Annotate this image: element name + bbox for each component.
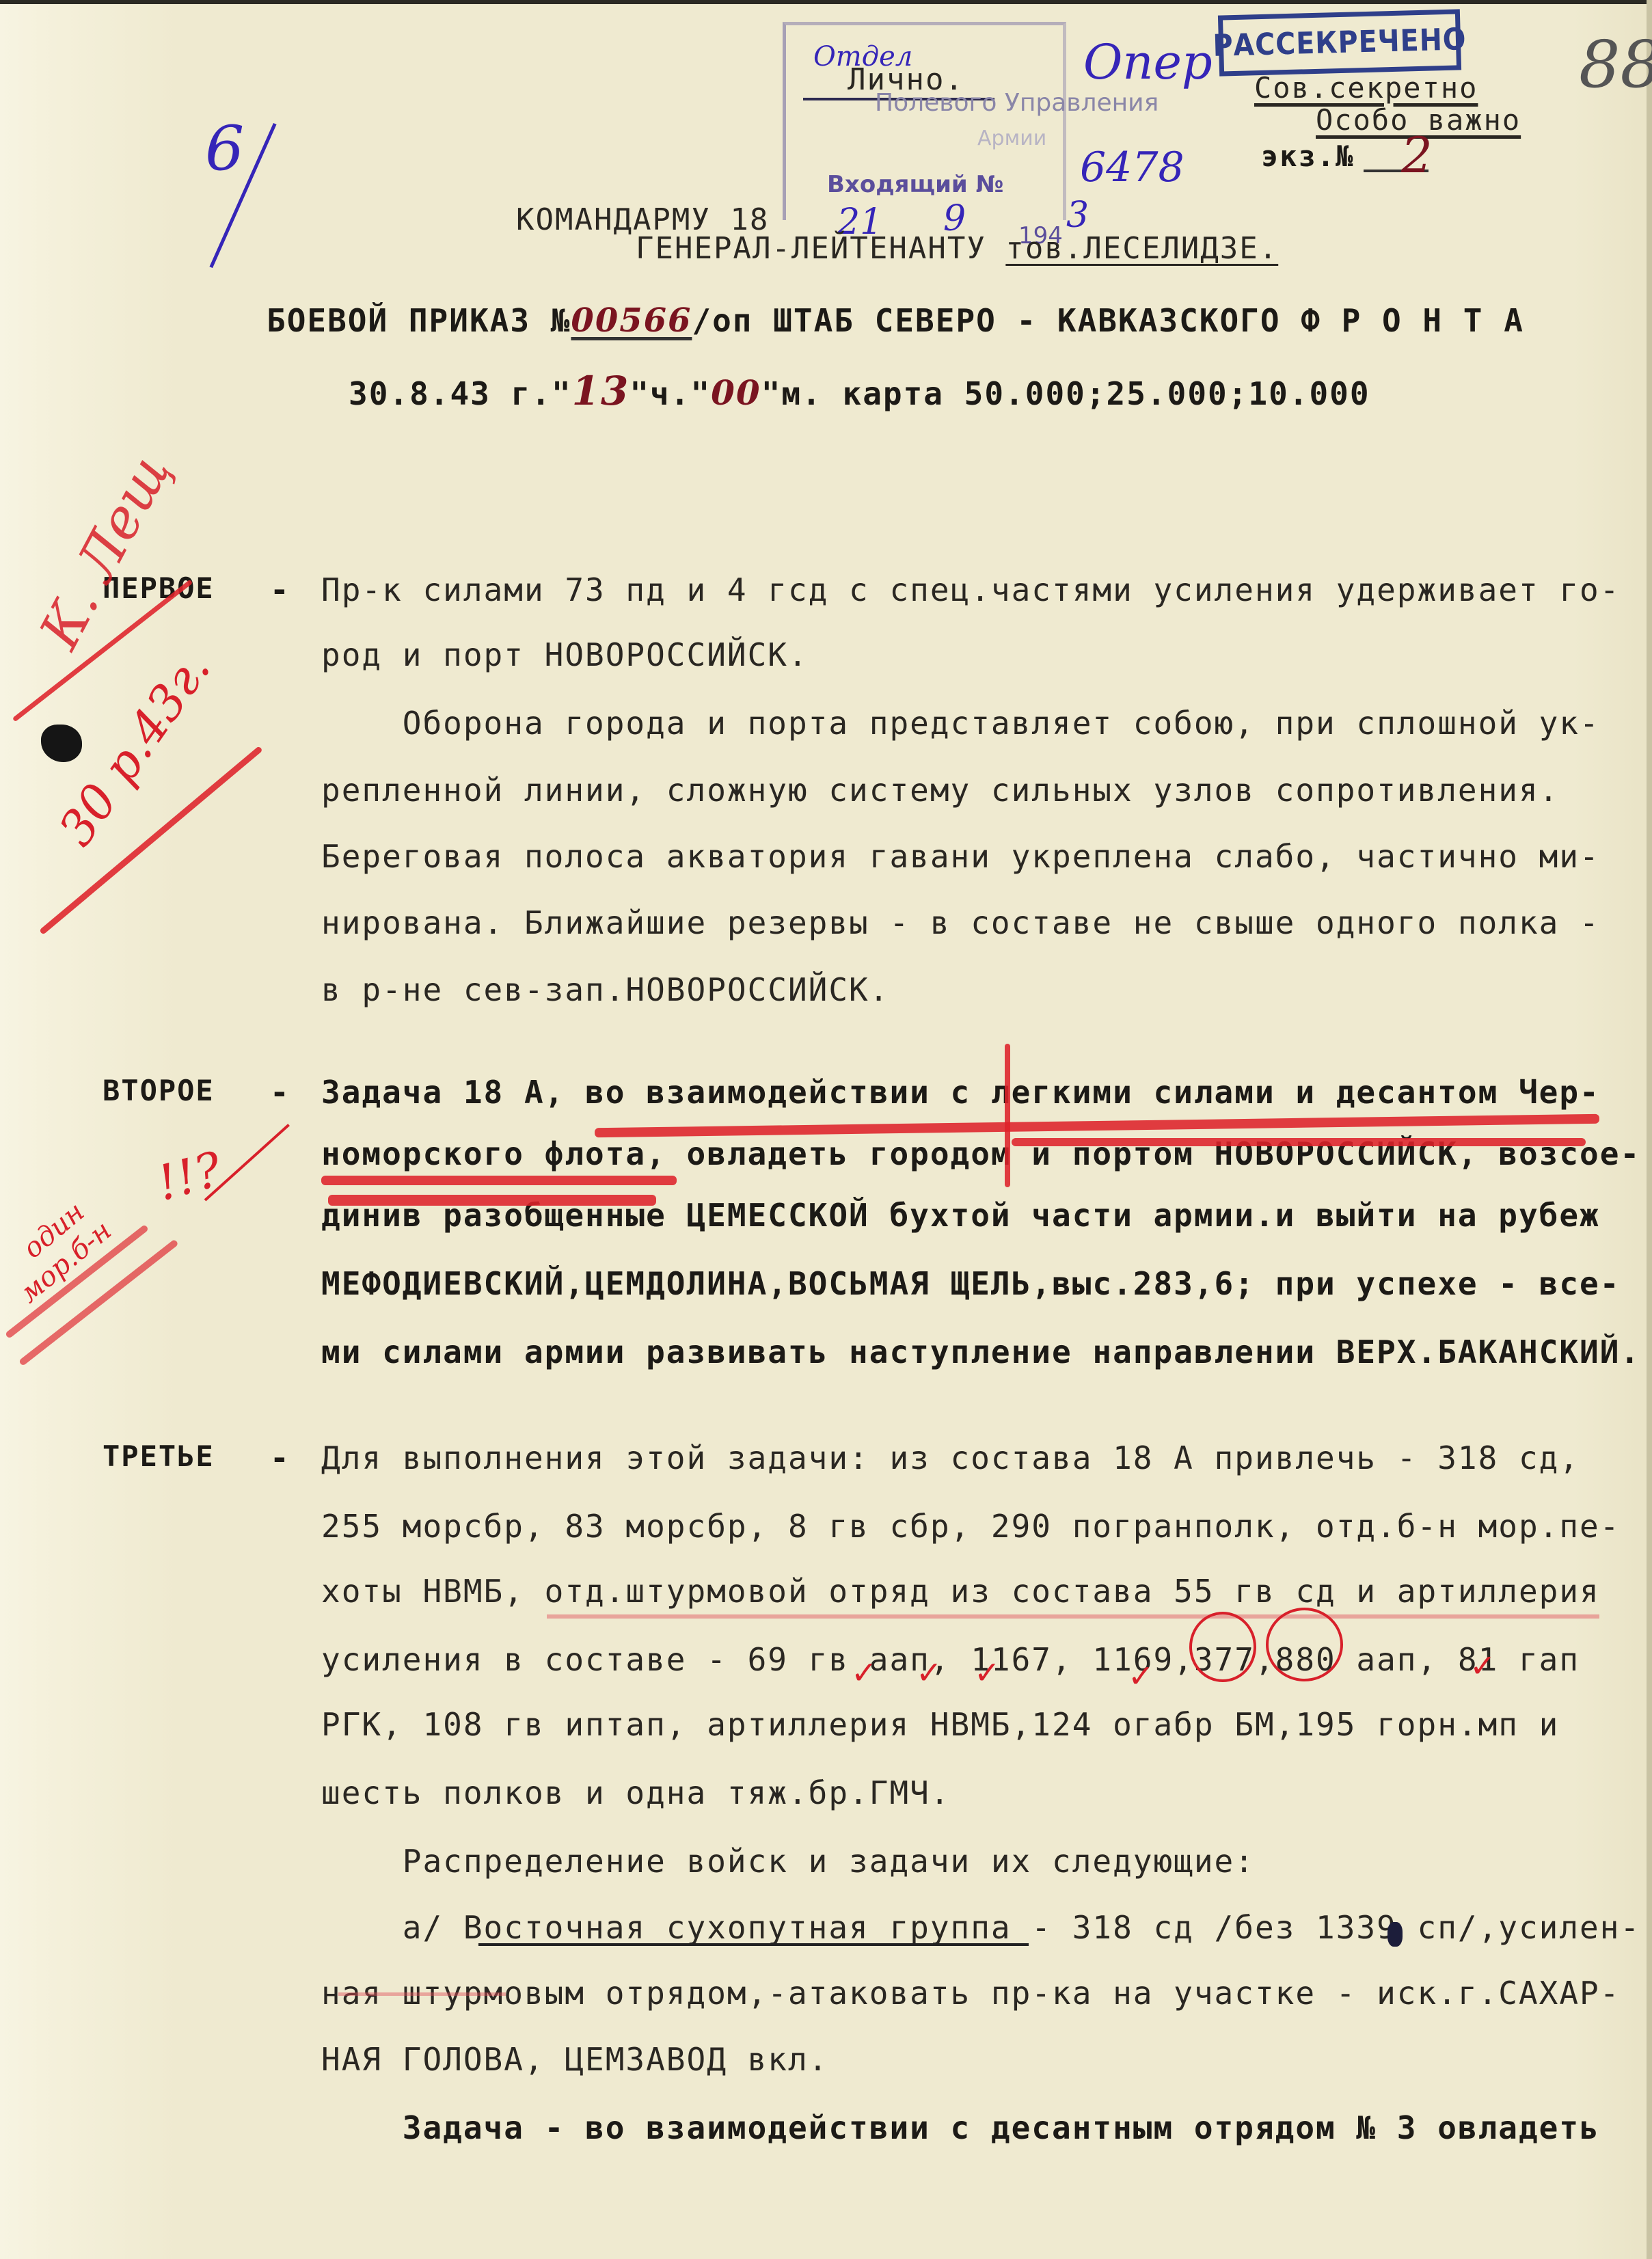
red-circle-mark	[1189, 1612, 1256, 1682]
section-second-line: Задача 18 А, во взаимодействии с легкими…	[321, 1077, 1600, 1108]
section-first-dash: -	[270, 574, 290, 606]
section-first-line: Оборона города и порта представляет собо…	[321, 707, 1600, 739]
section-second-line: МЕФОДИЕВСКИЙ,ЦЕМДОЛИНА,ВОСЬМАЯ ЩЕЛЬ,выс.…	[321, 1268, 1620, 1299]
section-first-line: репленной линии, сложную систему сильных…	[321, 774, 1559, 806]
red-underline-stroke	[1012, 1138, 1586, 1146]
order-map-scale: "м. карта 50.000;25.000;10.000	[761, 375, 1370, 412]
section-third-line: Распределение войск и задачи их следующи…	[321, 1845, 1255, 1877]
red-pencil-underline	[338, 1992, 506, 1996]
red-check-icon: ✓	[974, 1654, 1001, 1691]
stamp-dept-value: Опер	[1083, 34, 1213, 90]
stamp-date-year-suffix: 3	[1066, 195, 1089, 236]
red-underline-stroke	[321, 1176, 677, 1185]
section-third-line: ная штурмовым отрядом,-атаковать пр-ка н…	[321, 1977, 1620, 2009]
section-second-line: ми силами армии развивать наступление на…	[321, 1336, 1640, 1368]
scan-right-edge	[1647, 0, 1652, 2259]
scan-top-edge	[0, 0, 1652, 4]
stamp-incoming-label: Входящий №	[827, 171, 1003, 198]
stamp-org-line1: Полевого Управления	[875, 89, 1159, 117]
section-third-line: Для выполнения этой задачи: из состава 1…	[321, 1442, 1580, 1474]
sheet-mark: 6	[205, 113, 244, 185]
red-underline-stroke	[328, 1195, 656, 1206]
page-number: 88	[1579, 27, 1652, 103]
order-date-line: 30.8.43 г."13"ч."00"м. карта 50.000;25.0…	[349, 371, 1370, 411]
stamp-org-line2: Армии	[977, 126, 1046, 150]
order-date: 30.8.43 г."	[349, 375, 572, 412]
section-third-line: НАЯ ГОЛОВА, ЦЕМЗАВОД вкл.	[321, 2044, 828, 2075]
ink-blot	[41, 725, 82, 762]
order-suffix: /оп ШТАБ СЕВЕРО - КАВКАЗСКОГО Ф Р О Н Т …	[692, 302, 1524, 339]
scanned-document-page: 6 88 Отдел Опер Лично. Полевого Управлен…	[0, 0, 1652, 2259]
order-prefix: БОЕВОЙ ПРИКАЗ №	[267, 302, 571, 339]
copy-number: 2	[1401, 126, 1433, 184]
section-first-line: род и порт НОВОРОССИЙСК.	[321, 639, 809, 671]
copy-label: экз.№	[1261, 142, 1354, 171]
red-insert-mark	[1005, 1044, 1010, 1187]
section-first-line: в р-не сев-зап.НОВОРОССИЙСК.	[321, 974, 889, 1005]
stamp-incoming-number: 6478	[1080, 144, 1184, 191]
section-third-line: шесть полков и одна тяж.бр.ГМЧ.	[321, 1777, 951, 1809]
section-third-dash: -	[270, 1442, 290, 1474]
order-minute: 00	[711, 373, 761, 413]
order-hour: 13	[572, 368, 630, 414]
red-underline-stroke	[595, 1114, 1599, 1138]
order-number: 00566	[571, 301, 692, 340]
red-check-icon: ✓	[1128, 1658, 1154, 1694]
addressee-name: тов.ЛЕСЕЛИДЗЕ.	[1005, 231, 1278, 266]
red-check-icon: ✓	[851, 1654, 878, 1691]
section-third-label: ТРЕТЬЕ	[103, 1442, 215, 1471]
red-margin-name: К. Лещ	[27, 444, 182, 659]
section-third-line: 255 морсбр, 83 морсбр, 8 гв сбр, 290 пог…	[321, 1511, 1620, 1542]
section-first-line: Пр-к силами 73 пд и 4 гсд с спец.частями…	[321, 574, 1620, 606]
red-margin-exclaim: !!?	[151, 1141, 228, 1211]
red-circle-mark	[1266, 1608, 1343, 1681]
section-third-line: усиления в составе - 69 гв аап, 1167, 11…	[321, 1644, 1580, 1675]
red-pencil-underline	[547, 1614, 1599, 1619]
section-first-line: нирована. Ближайшие резервы - в составе …	[321, 907, 1600, 938]
addressee-rank: ГЕНЕРАЛ-ЛЕЙТЕНАНТУ	[636, 231, 1005, 266]
section-first-line: Береговая полоса акватория гавани укрепл…	[321, 841, 1600, 872]
declassified-stamp: РАССЕКРЕЧЕНО	[1218, 9, 1461, 76]
order-hour-suffix: "ч."	[629, 375, 711, 412]
section-third-line: Задача - во взаимодействии с десантным о…	[321, 2112, 1600, 2143]
classification-top-secret: Сов.секретно	[1254, 74, 1478, 103]
section-third-line: хоты НВМБ, отд.штурмовой отряд из состав…	[321, 1575, 1600, 1607]
addressee-line2: ГЕНЕРАЛ-ЛЕЙТЕНАНТУ тов.ЛЕСЕЛИДЗЕ.	[636, 234, 1278, 264]
order-title: БОЕВОЙ ПРИКАЗ №00566/оп ШТАБ СЕВЕРО - КА…	[267, 304, 1524, 337]
red-check-icon: ✓	[916, 1654, 943, 1691]
section-third-line: РГК, 108 гв иптап, артиллерия НВМБ,124 о…	[321, 1709, 1559, 1740]
group-underline	[478, 1943, 1029, 1946]
red-check-icon: ✓	[1470, 1647, 1496, 1684]
section-third-line: а/ Восточная сухопутная группа - 318 сд …	[321, 1912, 1640, 1943]
section-second-dash: -	[270, 1077, 290, 1108]
section-second-label: ВТОРОЕ	[103, 1077, 215, 1105]
ink-correction-blot	[1387, 1922, 1403, 1947]
